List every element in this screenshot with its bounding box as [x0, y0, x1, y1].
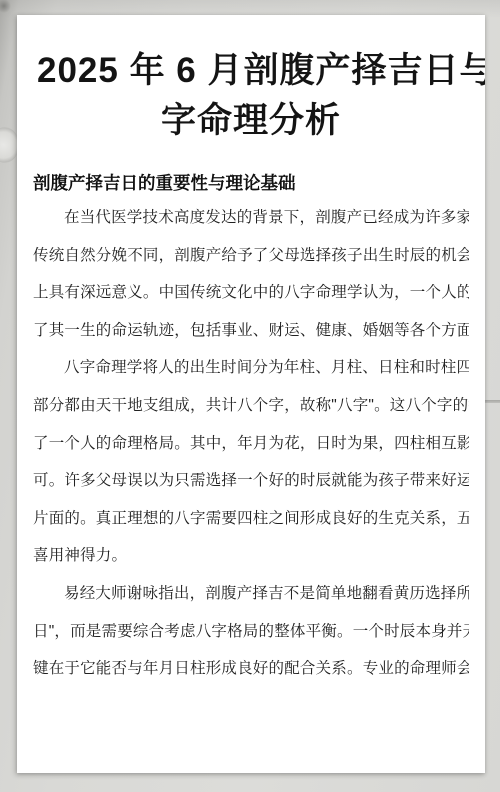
section-heading: 剖腹产择吉日的重要性与理论基础: [33, 172, 469, 194]
background-crease-line: [483, 400, 500, 403]
document-title-line-2: 字命理分析: [37, 96, 465, 146]
text-line: 日"，而是需要综合考虑八字格局的整体平衡。一个时辰本身并无吉凶之分，关: [33, 613, 469, 651]
paragraph-2: 八字命理学将人的出生时间分为年柱、月柱、日柱和时柱四个部分，每个部分都由天干地支…: [33, 349, 469, 575]
text-line: 了其一生的命运轨迹，包括事业、财运、健康、婚姻等各个方面。: [33, 312, 469, 350]
text-line: 了一个人的命理格局。其中，年月为花，日时为果，四柱相互影响，缺一不: [33, 425, 469, 463]
text-line: 传统自然分娩不同，剖腹产给予了父母选择孩子出生时辰的机会，这在命理学: [33, 237, 469, 275]
document-page: 2025 年 6 月剖腹产择吉日与八 字命理分析 剖腹产择吉日的重要性与理论基础…: [17, 15, 485, 773]
text-line: 八字命理学将人的出生时间分为年柱、月柱、日柱和时柱四个部分，每个: [33, 349, 469, 387]
text-line: 上具有深远意义。中国传统文化中的八字命理学认为，一个人的出生时间决定: [33, 274, 469, 312]
document-title-line-1: 2025 年 6 月剖腹产择吉日与八: [37, 46, 465, 96]
text-line: 片面的。真正理想的八字需要四柱之间形成良好的生克关系，五行力量平衡，: [33, 500, 469, 538]
text-line: 可。许多父母误以为只需选择一个好的时辰就能为孩子带来好运，这种观点是: [33, 462, 469, 500]
text-line: 在当代医学技术高度发达的背景下，剖腹产已经成为许多家庭的选择。与: [33, 199, 469, 237]
text-line: 部分都由天干地支组成，共计八个字，故称"八字"。这八个字的组合关系决定: [33, 387, 469, 425]
document-title: 2025 年 6 月剖腹产择吉日与八 字命理分析: [37, 46, 465, 146]
desk-background: 2025 年 6 月剖腹产择吉日与八 字命理分析 剖腹产择吉日的重要性与理论基础…: [0, 0, 500, 792]
paragraph-3: 易经大师谢咏指出，剖腹产择吉不是简单地翻看黄历选择所谓的"黄道吉日"，而是需要综…: [33, 575, 469, 688]
text-line: 易经大师谢咏指出，剖腹产择吉不是简单地翻看黄历选择所谓的"黄道吉: [33, 575, 469, 613]
text-line: 键在于它能否与年月日柱形成良好的配合关系。专业的命理师会根据父母的八: [33, 650, 469, 688]
paragraph-1: 在当代医学技术高度发达的背景下，剖腹产已经成为许多家庭的选择。与传统自然分娩不同…: [33, 199, 469, 349]
text-line: 喜用神得力。: [33, 537, 469, 575]
article-body: 在当代医学技术高度发达的背景下，剖腹产已经成为许多家庭的选择。与传统自然分娩不同…: [33, 199, 469, 688]
